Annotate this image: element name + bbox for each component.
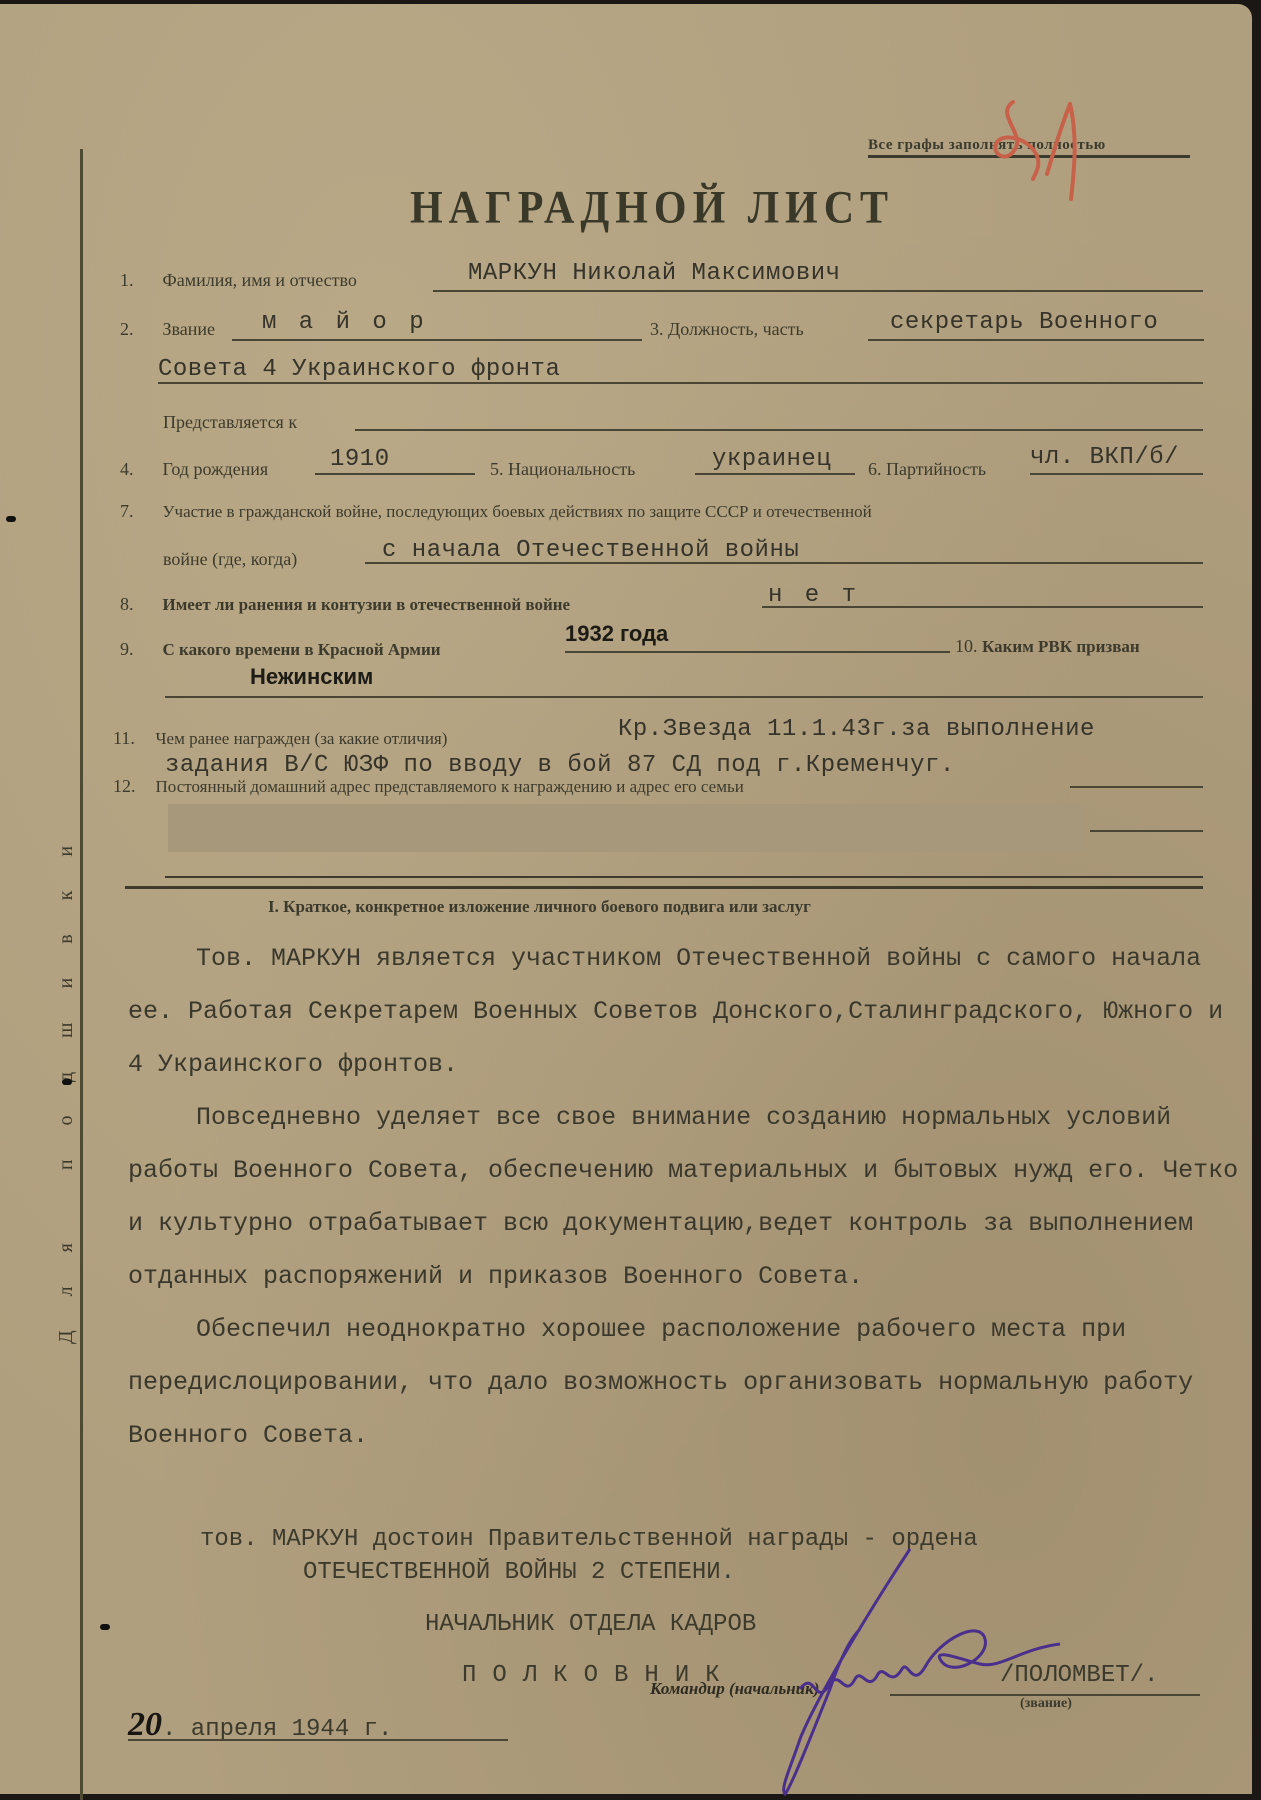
underline <box>1070 786 1203 788</box>
army-since-value: 1932 года <box>565 621 668 647</box>
signature <box>640 1539 1160 1799</box>
field-nationality: 5. Национальность <box>490 459 635 480</box>
field-presented-to: Представляется к <box>163 412 297 433</box>
position-value: секретарь Военного <box>890 309 1158 336</box>
divider <box>165 876 1203 878</box>
underline <box>433 290 1203 292</box>
field-war-participation: 7. Участие в гражданской войне, последую… <box>120 501 872 522</box>
field-rank: 2. Звание <box>120 319 215 340</box>
underline <box>165 696 1203 698</box>
award-sheet-paper: Для подшивки Все графы заполнять полност… <box>0 4 1252 1794</box>
underline <box>1030 473 1203 475</box>
punch-hole <box>100 1624 110 1630</box>
war-participation-value: с начала Отечественной войны <box>382 537 799 564</box>
section-heading: I. Краткое, конкретное изложение личного… <box>268 897 811 917</box>
field-birth-year: 4. Год рождения <box>120 459 268 480</box>
field-party: 6. Партийность <box>868 459 986 480</box>
merit-narrative: Тов. МАРКУН является участником Отечеств… <box>128 932 1248 1462</box>
field-full-name: 1. Фамилия, имя и отчество <box>120 270 357 291</box>
date-day: 20 <box>128 1706 162 1743</box>
binding-label: Для подшивки <box>55 564 78 1344</box>
narrative-paragraph: Повседневно уделяет все свое внимание со… <box>128 1091 1248 1303</box>
underline <box>355 429 1203 431</box>
divider <box>125 886 1203 889</box>
underline <box>868 339 1204 341</box>
archive-number-mark <box>985 94 1105 204</box>
full-name-value: МАРКУН Николай Максимович <box>468 260 841 287</box>
underline <box>365 562 1203 564</box>
field-position: 3. Должность, часть <box>650 319 804 340</box>
previous-awards-value-cont: задания В/С ЮЗФ по вводу в бой 87 СД под… <box>165 752 955 779</box>
underline <box>315 473 475 475</box>
underline <box>762 606 1203 608</box>
previous-awards-value: Кр.Звезда 11.1.43г.за выполнение <box>618 716 1095 743</box>
binding-margin-line <box>80 149 83 1800</box>
underline <box>128 1739 508 1741</box>
field-war-where-when: войне (где, когда) <box>163 549 297 570</box>
wounds-value: н е т <box>768 582 860 609</box>
underline <box>695 473 855 475</box>
narrative-paragraph: Тов. МАРКУН является участником Отечеств… <box>128 932 1248 1091</box>
field-wounds: 8. Имеет ли ранения и контузии в отечест… <box>120 594 570 615</box>
birth-year-value: 1910 <box>330 446 390 473</box>
position-value-cont: Совета 4 Украинского фронта <box>158 356 560 383</box>
field-draft-office: 10. Каким РВК призван <box>955 636 1140 657</box>
underline <box>565 651 950 653</box>
field-home-address: 12. Постоянный домашний адрес представля… <box>113 776 744 797</box>
underline <box>158 382 1203 384</box>
field-label: Фамилия, имя и отчество <box>163 270 357 290</box>
draft-office-value: Нежинским <box>250 664 373 690</box>
rank-value: м а й о р <box>262 309 428 336</box>
punch-hole <box>6 516 16 522</box>
field-army-since: 9. С какого времени в Красной Армии <box>120 639 441 660</box>
punch-hole <box>62 1079 72 1085</box>
page-title: НАГРАДНОЙ ЛИСТ <box>410 181 894 235</box>
narrative-paragraph: Обеспечил неоднократно хорошее расположе… <box>128 1303 1248 1462</box>
redacted-address <box>168 804 1083 852</box>
party-value: чл. ВКП/б/ <box>1030 444 1179 471</box>
underline <box>1090 830 1203 832</box>
underline <box>232 339 642 341</box>
nationality-value: украинец <box>712 446 831 473</box>
field-previous-awards: 11. Чем ранее награжден (за какие отличи… <box>113 728 447 749</box>
